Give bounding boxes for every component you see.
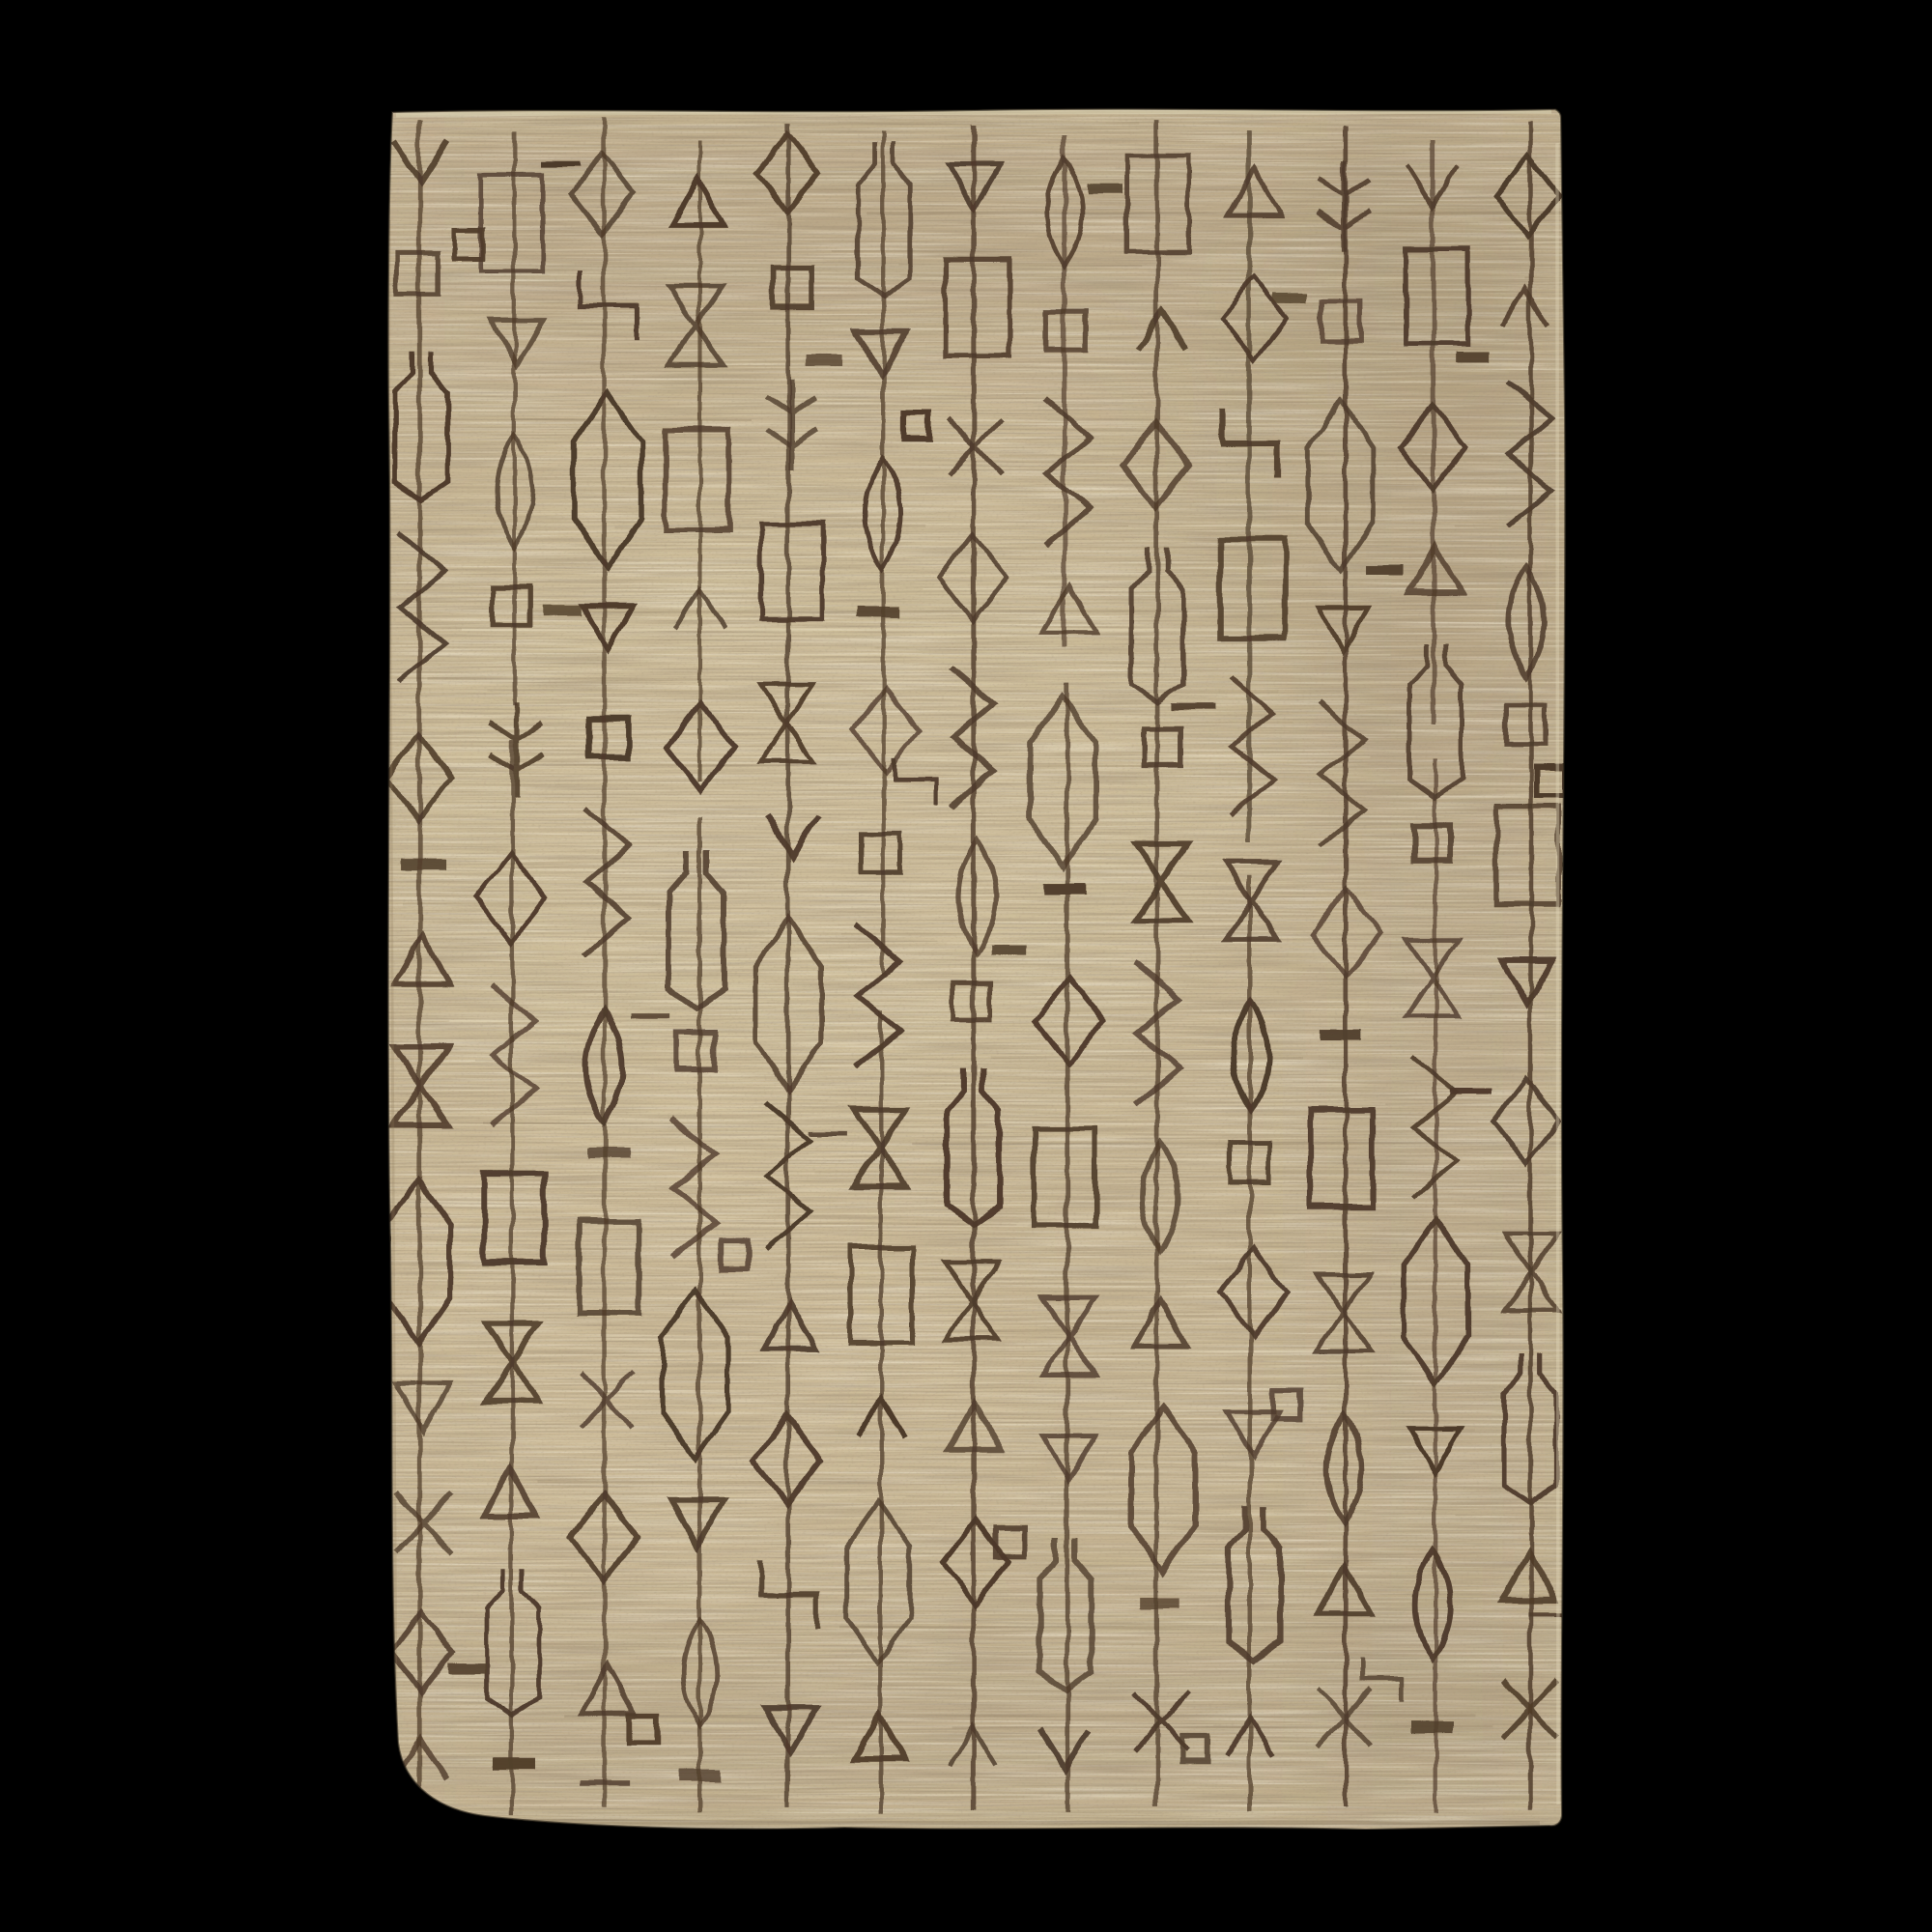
- rug-image: [381, 104, 1567, 1830]
- rug-product-photo: [381, 104, 1567, 1830]
